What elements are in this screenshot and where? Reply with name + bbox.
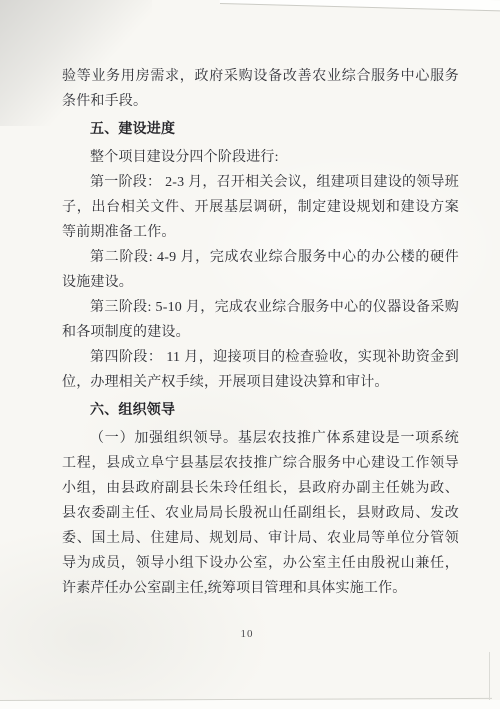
scan-right-edge-line	[489, 652, 490, 700]
page-number: 10	[0, 628, 494, 640]
scan-bottom-edge-highlight	[0, 700, 500, 709]
section-heading-5: 五、建设进度	[62, 117, 459, 142]
section-heading-6: 六、组织领导	[62, 398, 459, 423]
paragraph-continuation: 验等业务用房需求，政府采购设备改善农业综合服务中心服务条件和手段。	[62, 64, 459, 114]
paragraph-organization: （一）加强组织领导。基层农技推广体系建设是一项系统工程，县成立阜宁县基层农技推广…	[62, 426, 459, 601]
paragraph-phase-1: 第一阶段： 2-3 月，召开相关会议，组建项目建设的领导班子，出台相关文件、开展…	[62, 170, 459, 245]
paragraph-phase-4: 第四阶段： 11 月，迎接项目的检查验收，实现补助资金到位，办理相关产权手续，开…	[62, 345, 459, 395]
paragraph-intro: 整个项目建设分四个阶段进行:	[62, 145, 459, 170]
paragraph-phase-2: 第二阶段: 4-9 月，完成农业综合服务中心的办公楼的硬件设施建设。	[62, 245, 459, 295]
document-text-block: 验等业务用房需求，政府采购设备改善农业综合服务中心服务条件和手段。 五、建设进度…	[62, 64, 459, 601]
paragraph-phase-3: 第三阶段: 5-10 月，完成农业综合服务中心的仪器设备采购和各项制度的建设。	[62, 295, 459, 345]
